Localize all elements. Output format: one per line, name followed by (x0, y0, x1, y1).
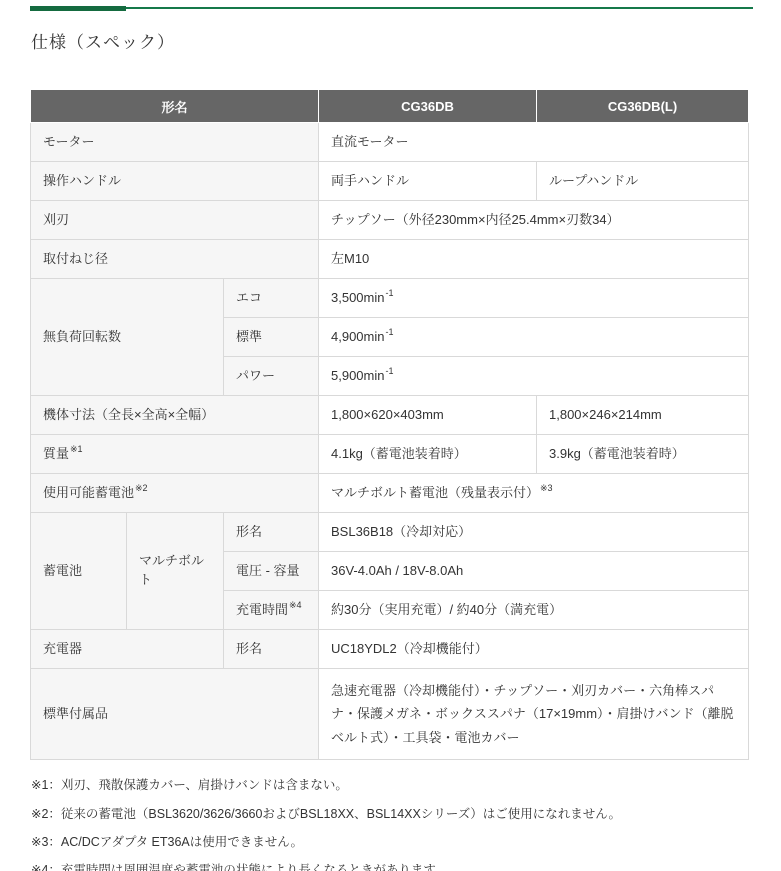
superscript: -1 (385, 366, 393, 376)
row-speed-eco: 無負荷回転数 エコ 3,500min-1 (31, 279, 749, 318)
mount-screw-label: 取付ねじ径 (31, 240, 319, 279)
row-motor: モーター 直流モーター (31, 123, 749, 162)
accessories-label: 標準付属品 (31, 669, 319, 760)
header-model-cg36dbl: CG36DB(L) (537, 90, 749, 123)
speed-mode-power-value: 5,900min-1 (319, 357, 749, 396)
superscript: -1 (385, 288, 393, 298)
dimensions-label: 機体寸法（全長×全高×全幅） (31, 396, 319, 435)
dimensions-value-cg36db: 1,800×620×403mm (319, 396, 537, 435)
speed-mode-standard-label: 標準 (224, 318, 319, 357)
weight-value-cg36db: 4.1kg（蓄電池装着時） (319, 435, 537, 474)
row-dimensions: 機体寸法（全長×全高×全幅） 1,800×620×403mm 1,800×246… (31, 396, 749, 435)
accent-thick-segment (30, 6, 126, 11)
row-usable-battery: 使用可能蓄電池※2 マルチボルト蓄電池（残量表示付）※3 (31, 474, 749, 513)
charger-label: 充電器 (31, 630, 224, 669)
header-row: 形名 CG36DB CG36DB(L) (31, 90, 749, 123)
accessories-value: 急速充電器（冷却機能付）・チップソー・刈刃カバー・六角棒スパナ・保護メガネ・ボッ… (319, 669, 749, 760)
battery-charge-time-label: 充電時間※4 (224, 591, 319, 630)
battery-model-value: BSL36B18（冷却対応） (319, 513, 749, 552)
weight-value-cg36dbl: 3.9kg（蓄電池装着時） (537, 435, 749, 474)
footnote-3: ※3：AC/DCアダプタ ET36Aは使用できません。 (31, 835, 781, 849)
weight-label: 質量※1 (31, 435, 319, 474)
footnote-marker-1: ※1 (70, 444, 83, 454)
motor-label: モーター (31, 123, 319, 162)
mount-screw-value: 左M10 (319, 240, 749, 279)
page-title: 仕様（スペック） (31, 28, 781, 53)
row-mount-screw: 取付ねじ径 左M10 (31, 240, 749, 279)
footnote-marker-2: ※2 (135, 483, 148, 493)
footnote-1: ※1：刈刃、飛散保護カバー、肩掛けバンドは含まない。 (31, 778, 781, 792)
battery-model-label: 形名 (224, 513, 319, 552)
row-blade: 刈刃 チップソー（外径230mm×内径25.4mm×刃数34） (31, 201, 749, 240)
blade-value: チップソー（外径230mm×内径25.4mm×刃数34） (319, 201, 749, 240)
usable-battery-value: マルチボルト蓄電池（残量表示付）※3 (319, 474, 749, 513)
row-handle: 操作ハンドル 両手ハンドル ループハンドル (31, 162, 749, 201)
usable-battery-label: 使用可能蓄電池※2 (31, 474, 319, 513)
handle-label: 操作ハンドル (31, 162, 319, 201)
speed-mode-power-label: パワー (224, 357, 319, 396)
footnote-marker-3: ※3 (540, 483, 553, 493)
battery-charge-time-value: 約30分（実用充電）/ 約40分（満充電） (319, 591, 749, 630)
footnote-marker-4: ※4 (289, 600, 302, 610)
charger-model-label: 形名 (224, 630, 319, 669)
battery-label: 蓄電池 (31, 513, 127, 630)
accent-bar (30, 6, 753, 11)
header-model-label: 形名 (31, 90, 319, 123)
footnote-4: ※4：充電時間は周囲温度や蓄電池の状態により長くなるときがあります。 (31, 863, 781, 871)
row-accessories: 標準付属品 急速充電器（冷却機能付）・チップソー・刈刃カバー・六角棒スパナ・保護… (31, 669, 749, 760)
speed-mode-eco-label: エコ (224, 279, 319, 318)
row-charger: 充電器 形名 UC18YDL2（冷却機能付） (31, 630, 749, 669)
motor-value: 直流モーター (319, 123, 749, 162)
row-weight: 質量※1 4.1kg（蓄電池装着時） 3.9kg（蓄電池装着時） (31, 435, 749, 474)
battery-voltage-value: 36V-4.0Ah / 18V-8.0Ah (319, 552, 749, 591)
blade-label: 刈刃 (31, 201, 319, 240)
charger-value: UC18YDL2（冷却機能付） (319, 630, 749, 669)
row-battery-model: 蓄電池 マルチボルト 形名 BSL36B18（冷却対応） (31, 513, 749, 552)
superscript: -1 (385, 327, 393, 337)
battery-multivolt-label: マルチボルト (127, 513, 224, 630)
speed-mode-eco-value: 3,500min-1 (319, 279, 749, 318)
battery-voltage-label: 電圧 - 容量 (224, 552, 319, 591)
speed-mode-standard-value: 4,900min-1 (319, 318, 749, 357)
header-model-cg36db: CG36DB (319, 90, 537, 123)
dimensions-value-cg36dbl: 1,800×246×214mm (537, 396, 749, 435)
handle-value-cg36db: 両手ハンドル (319, 162, 537, 201)
accent-line (30, 7, 753, 9)
handle-value-cg36dbl: ループハンドル (537, 162, 749, 201)
footnotes: ※1：刈刃、飛散保護カバー、肩掛けバンドは含まない。 ※2：従来の蓄電池（BSL… (31, 778, 781, 871)
no-load-speed-label: 無負荷回転数 (31, 279, 224, 396)
footnote-2: ※2：従来の蓄電池（BSL3620/3626/3660およびBSL18XX、BS… (31, 807, 781, 821)
spec-table: 形名 CG36DB CG36DB(L) モーター 直流モーター 操作ハンドル 両… (30, 89, 749, 760)
